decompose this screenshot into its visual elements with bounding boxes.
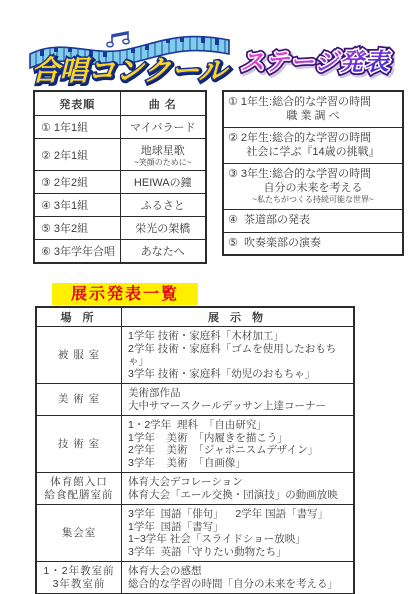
table-row: 体育館入口給食配膳室前体育大会デコレーション体育大会「エール交換・団演技」の動画…	[36, 473, 354, 505]
stage-program-cell: ④ 茶道部の発表	[223, 210, 403, 233]
stage-presentation-title: ステージ発表 ステージ発表 ステージ発表 ステージ発表	[235, 43, 395, 83]
performance-order-cell: ⑤ 3年2組	[34, 217, 120, 240]
exhibition-items-cell: 3学年 国語「俳句」 2学年 国語「書写」1学年 国語「書写」1~3学年 社会「…	[122, 505, 355, 562]
chorus-contest-logo: 合唱コンクール 合唱コンクール	[26, 30, 234, 88]
table-row: ② 2年生:総合的な学習の時間社会に学ぶ『14歳の挑戦』	[223, 128, 403, 164]
place-line: 3年教室前	[40, 578, 118, 591]
place-line: 美 術 室	[40, 393, 118, 406]
stage-program-cell: ③ 3年生:総合的な学習の時間自分の未来を考える~私たちがつくる持続可能な世界~	[223, 164, 403, 210]
song-name-cell: HEIWAの鐘	[120, 171, 206, 194]
logo-text: 合唱コンクール	[32, 55, 230, 86]
table-row: 集会室3学年 国語「俳句」 2学年 国語「書写」1学年 国語「書写」1~3学年 …	[36, 505, 354, 562]
exhibit-item: 3学年 美術 「自画像」	[128, 457, 350, 470]
performance-order-cell: ④ 3年1組	[34, 194, 120, 217]
place-line: 体育館入口	[40, 476, 118, 489]
table-row: 1・2年教室前3年教室前体育大会の感想総合的な学習の時間「自分の未来を考える」	[36, 562, 354, 594]
exhibition-items-cell: 1学年 技術・家庭科「木材加工」2学年 技術・家庭科「ゴムを使用したおもちゃ」3…	[122, 327, 355, 384]
exhibition-place-cell: 被 服 室	[36, 327, 122, 384]
exhibition-place-cell: 集会室	[36, 505, 122, 562]
chorus-header-row: 発表順 曲 名	[34, 91, 206, 116]
place-line: 給食配膳室前	[40, 489, 118, 502]
exhibit-item: 大中サマースクールデッサン上達コーナー	[128, 400, 350, 413]
table-row: ⑥ 3年学年合唱あなたへ	[34, 240, 206, 264]
stage-program-line: 社会に学ぶ『14歳の挑戦』	[228, 146, 398, 160]
song-title: 地球星歌	[123, 142, 204, 158]
performance-order-cell: ② 2年1組	[34, 139, 120, 171]
table-row: ⑤ 3年2組栄光の架橋	[34, 217, 206, 240]
exhibition-header-row: 場 所 展 示 物	[36, 307, 354, 327]
place-line: 技 術 室	[40, 438, 118, 451]
exhibit-item: 体育大会「エール交換・団演技」の動画放映	[128, 489, 350, 502]
chorus-header-song: 曲 名	[120, 91, 206, 116]
song-name-cell: ふるさと	[120, 194, 206, 217]
exhibit-item: 1学年 美術 「内履きを描こう」	[128, 432, 350, 445]
table-row: ④ 茶道部の発表	[223, 210, 403, 233]
exhibit-item: 美術部作品	[128, 387, 350, 400]
exhibit-item: 2学年 美術 「ジャポニスムデザイン」	[128, 444, 350, 457]
table-row: 美 術 室美術部作品大中サマースクールデッサン上達コーナー	[36, 384, 354, 416]
stage-program-line: ④ 茶道部の発表	[228, 214, 398, 228]
exhibit-item: 体育大会の感想	[128, 565, 350, 578]
song-name-cell: あなたへ	[120, 240, 206, 264]
stage-program-cell: ② 2年生:総合的な学習の時間社会に学ぶ『14歳の挑戦』	[223, 128, 403, 164]
stage-program-line: ⑤ 吹奏楽部の演奏	[228, 237, 398, 251]
table-row: ④ 3年1組ふるさと	[34, 194, 206, 217]
stage-program-line: 職 業 調 べ	[228, 110, 398, 124]
stage-program-subtitle: ~私たちがつくる持続可能な世界~	[228, 195, 398, 205]
place-line: 被 服 室	[40, 349, 118, 362]
exhibit-item: 1学年 国語「書写」	[128, 521, 350, 534]
exhibit-item: 1学年 技術・家庭科「木材加工」	[128, 330, 350, 343]
song-subtitle: ~笑顔のために~	[123, 158, 204, 167]
exhibit-item: 1・2学年 理科 「自由研究」	[128, 419, 350, 432]
chorus-program-table: 発表順 曲 名 ① 1年1組マイバラード② 2年1組地球星歌~笑顔のために~③ …	[33, 90, 207, 264]
stage-program-table: ① 1年生:総合的な学習の時間職 業 調 べ② 2年生:総合的な学習の時間社会に…	[222, 90, 404, 256]
table-row: ③ 3年生:総合的な学習の時間自分の未来を考える~私たちがつくる持続可能な世界~	[223, 164, 403, 210]
performance-order-cell: ⑥ 3年学年合唱	[34, 240, 120, 264]
song-name-cell: 栄光の架橋	[120, 217, 206, 240]
table-row: ② 2年1組地球星歌~笑顔のために~	[34, 139, 206, 171]
chorus-header-order: 発表順	[34, 91, 120, 116]
exhibition-table: 場 所 展 示 物 被 服 室1学年 技術・家庭科「木材加工」2学年 技術・家庭…	[35, 306, 355, 594]
table-row: ⑤ 吹奏楽部の演奏	[223, 232, 403, 255]
place-line: 1・2年教室前	[40, 565, 118, 578]
exhibit-item: 体育大会デコレーション	[128, 476, 350, 489]
exhibition-items-cell: 体育大会デコレーション体育大会「エール交換・団演技」の動画放映	[122, 473, 355, 505]
table-row: 技 術 室1・2学年 理科 「自由研究」1学年 美術 「内履きを描こう」2学年 …	[36, 416, 354, 473]
song-title: HEIWAの鐘	[123, 174, 204, 190]
table-row: ① 1年生:総合的な学習の時間職 業 調 べ	[223, 91, 403, 128]
song-title: マイバラード	[123, 119, 204, 135]
exhibition-place-cell: 体育館入口給食配膳室前	[36, 473, 122, 505]
stage-program-line: ② 2年生:総合的な学習の時間	[228, 132, 398, 146]
song-title: ふるさと	[123, 197, 204, 213]
exhibition-header-place: 場 所	[36, 307, 122, 327]
exhibit-item: 3学年 技術・家庭科「幼児のおもちゃ」	[128, 368, 350, 381]
exhibition-banner: 展示発表一覧	[52, 283, 198, 305]
exhibition-items-cell: 体育大会の感想総合的な学習の時間「自分の未来を考える」	[122, 562, 355, 594]
stage-program-cell: ⑤ 吹奏楽部の演奏	[223, 232, 403, 255]
stage-title-text: ステージ発表	[240, 49, 391, 76]
song-title: あなたへ	[123, 243, 204, 259]
performance-order-cell: ① 1年1組	[34, 116, 120, 139]
exhibition-place-cell: 美 術 室	[36, 384, 122, 416]
piano-keyboard-graphic: 合唱コンクール 合唱コンクール	[26, 30, 234, 88]
page: 合唱コンクール 合唱コンクール ステージ発表 ステージ発表 ステージ発表 ステー…	[0, 0, 420, 594]
exhibition-items-cell: 1・2学年 理科 「自由研究」1学年 美術 「内履きを描こう」2学年 美術 「ジ…	[122, 416, 355, 473]
stage-program-line: ① 1年生:総合的な学習の時間	[228, 96, 398, 110]
table-row: ③ 2年2組HEIWAの鐘	[34, 171, 206, 194]
music-note-icon	[107, 32, 129, 47]
song-name-cell: マイバラード	[120, 116, 206, 139]
table-row: ① 1年1組マイバラード	[34, 116, 206, 139]
stage-program-cell: ① 1年生:総合的な学習の時間職 業 調 べ	[223, 91, 403, 128]
exhibit-item: 3学年 国語「俳句」 2学年 国語「書写」	[128, 508, 350, 521]
exhibit-item: 総合的な学習の時間「自分の未来を考える」	[128, 578, 350, 591]
exhibition-place-cell: 技 術 室	[36, 416, 122, 473]
exhibit-item: 3学年 英語「守りたい動物たち」	[128, 546, 350, 559]
exhibition-items-cell: 美術部作品大中サマースクールデッサン上達コーナー	[122, 384, 355, 416]
exhibition-header-items: 展 示 物	[122, 307, 355, 327]
exhibit-item: 2学年 技術・家庭科「ゴムを使用したおもちゃ」	[128, 343, 350, 368]
table-row: 被 服 室1学年 技術・家庭科「木材加工」2学年 技術・家庭科「ゴムを使用したお…	[36, 327, 354, 384]
place-line: 集会室	[40, 527, 118, 540]
performance-order-cell: ③ 2年2組	[34, 171, 120, 194]
stage-program-line: 自分の未来を考える	[228, 182, 398, 196]
exhibition-place-cell: 1・2年教室前3年教室前	[36, 562, 122, 594]
exhibit-item: 1~3学年 社会「スライドショー放映」	[128, 533, 350, 546]
song-name-cell: 地球星歌~笑顔のために~	[120, 139, 206, 171]
song-title: 栄光の架橋	[123, 220, 204, 236]
stage-program-line: ③ 3年生:総合的な学習の時間	[228, 168, 398, 182]
